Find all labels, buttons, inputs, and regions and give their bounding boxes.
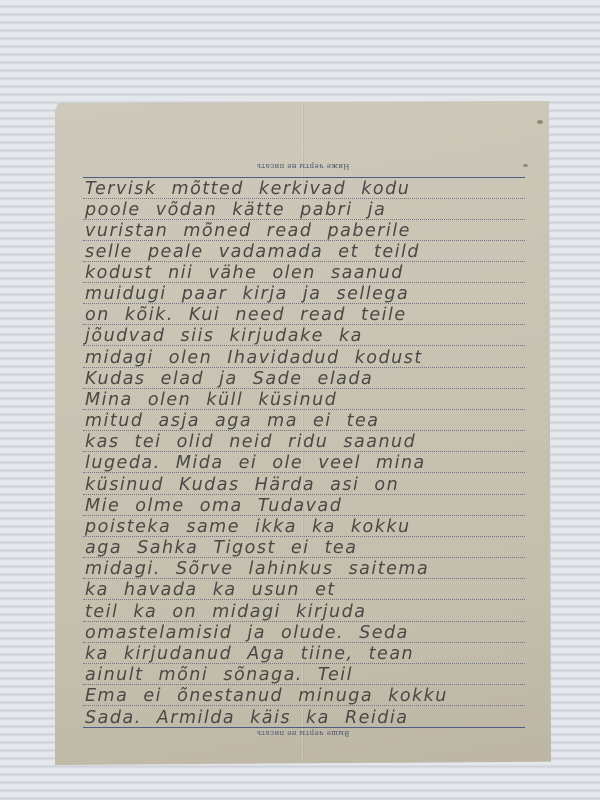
handwritten-line: kas tei olid neid ridu saanud <box>85 432 530 452</box>
handwritten-line: poisteka same ikka ka kokku <box>85 517 530 537</box>
handwritten-line: ka havada ka usun et <box>85 580 530 600</box>
handwritten-line: Mina olen küll küsinud <box>85 390 530 410</box>
handwritten-line: ka kirjudanud Aga tiine, tean <box>85 644 530 664</box>
handwritten-line: Mie olme oma Tudavad <box>85 496 530 516</box>
handwritten-line: jõudvad siis kirjudake ka <box>85 326 530 346</box>
handwritten-line: selle peale vadamada et teild <box>85 242 530 262</box>
handwritten-line: lugeda. Mida ei ole veel mina <box>85 453 530 473</box>
handwritten-line: midagi. Sõrve lahinkus saitema <box>85 559 530 579</box>
handwritten-line: Tervisk mõtted kerkivad kodu <box>85 179 530 199</box>
handwritten-line: midagi olen Ihavidadud kodust <box>85 348 530 368</box>
handwritten-line: vuristan mõned read paberile <box>85 221 530 241</box>
handwritten-line: mitud asja aga ma ei tea <box>85 411 530 431</box>
handwritten-line: aga Sahka Tigost ei tea <box>85 538 530 558</box>
printed-footer: Выше черты не писать <box>55 729 551 737</box>
letter-paper: Ниже черты не писать Выше черты не писат… <box>55 101 551 765</box>
handwritten-line: on kõik. Kui need read teile <box>85 305 530 325</box>
handwritten-line: Ema ei õnestanud minuga kokku <box>85 686 530 706</box>
printed-top-rule <box>83 177 525 178</box>
handwritten-line: Sada. Armilda käis ka Reidia <box>85 708 530 728</box>
handwritten-line: kodust nii vähe olen saanud <box>85 263 530 283</box>
handwritten-line: ainult mõni sõnaga. Teil <box>85 665 530 685</box>
handwritten-line: poole võdan kätte pabri ja <box>85 200 530 220</box>
handwritten-line: teil ka on midagi kirjuda <box>85 602 530 622</box>
handwritten-line: küsinud Kudas Härda asi on <box>85 475 530 495</box>
handwritten-line: omastelamisid ja olude. Seda <box>85 623 530 643</box>
stain-spot <box>537 120 543 124</box>
handwritten-line: muidugi paar kirja ja sellega <box>85 284 530 304</box>
printed-header: Ниже черты не писать <box>55 162 551 170</box>
handwritten-line: Kudas elad ja Sade elada <box>85 369 530 389</box>
